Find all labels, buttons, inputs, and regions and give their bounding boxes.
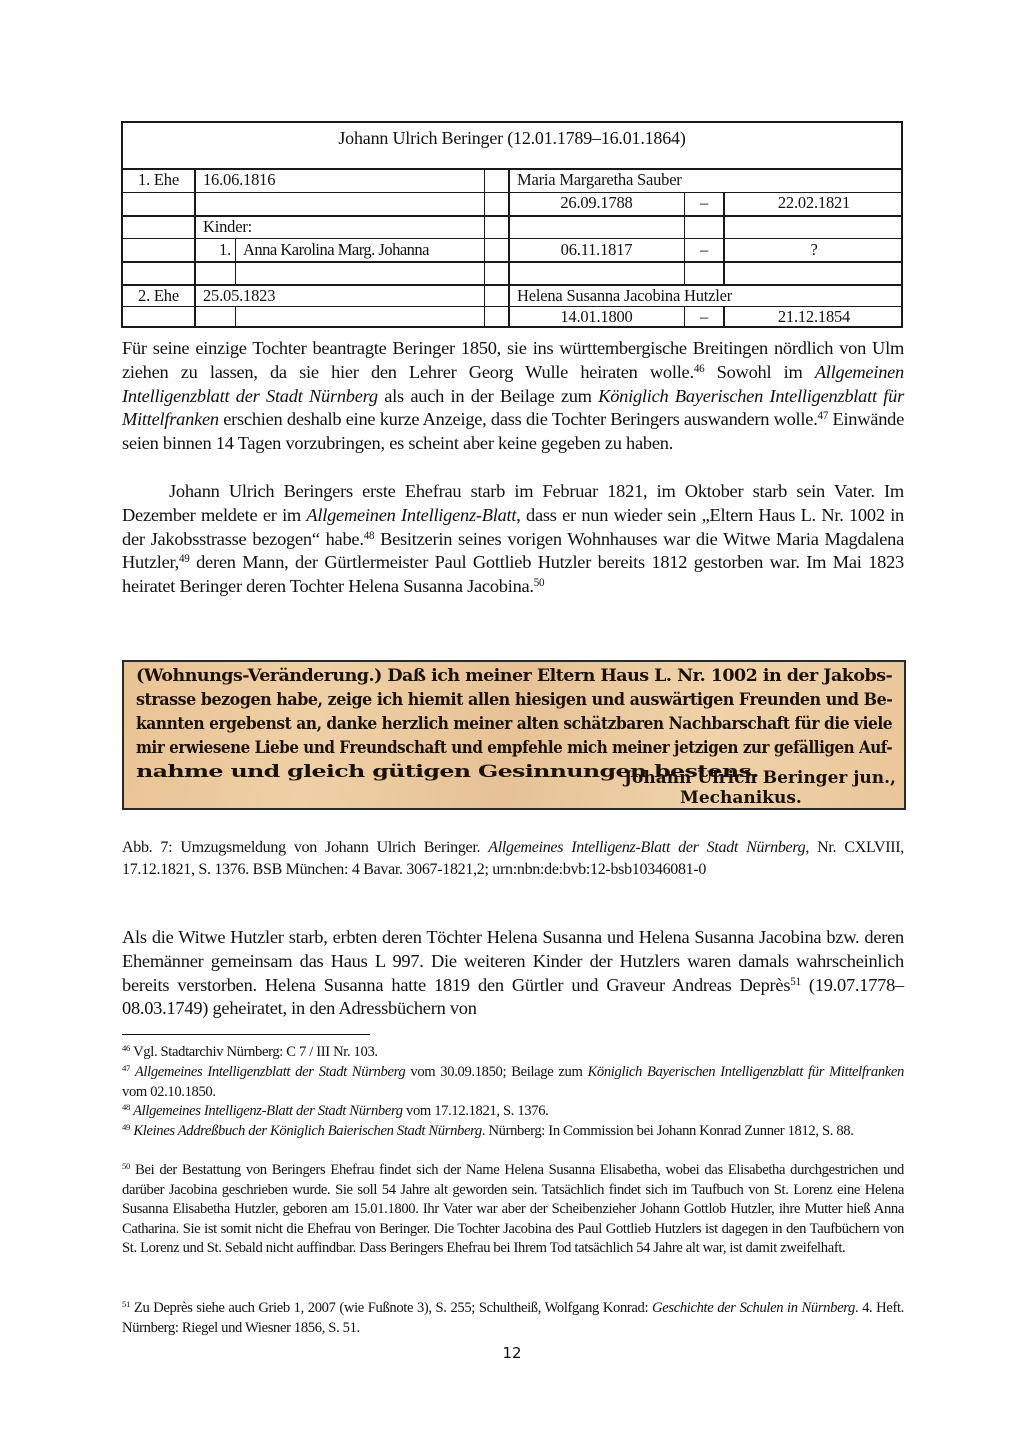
footnote-ref-46[interactable]: 46	[694, 363, 705, 375]
clipping-line: mir erwiesene Liebe und Freundschaft und…	[136, 736, 892, 761]
clipping-line: (Wohnungs-Veränderung.) Daß ich meiner E…	[136, 664, 892, 689]
text: erschien deshalb eine kurze Anzeige, das…	[219, 409, 818, 429]
footnote-ref-47[interactable]: 47	[818, 410, 829, 422]
work-title: Geschichte der Schulen in Nürnberg	[652, 1300, 855, 1316]
footnote-46: 46 Vgl. Stadtarchiv Nürnberg: C 7 / III …	[122, 1043, 904, 1063]
paragraph-3: Als die Witwe Hutzler starb, erbten dere…	[122, 926, 904, 1021]
footnote-ref-51[interactable]: 51	[790, 976, 801, 988]
marriage-date: 25.05.1823	[203, 285, 275, 307]
clipping-signature-title: Mechanikus.	[680, 786, 802, 810]
date-dash: –	[685, 192, 723, 214]
footnote-51: 51 Zu Deprès siehe auch Grieb 1, 2007 (w…	[122, 1299, 904, 1338]
child-number: 1.	[195, 239, 231, 261]
paragraph-1: Für seine einzige Tochter beantragte Ber…	[122, 337, 904, 456]
table-rule	[235, 261, 236, 284]
work-title: Allgemeines Intelligenz-Blatt der Stadt …	[130, 1103, 403, 1119]
table-rule	[123, 261, 901, 263]
table-rule	[235, 306, 236, 326]
footnote-ref-48[interactable]: 48	[364, 530, 375, 542]
footnote-48: 48 Allgemeines Intelligenz-Blatt der Sta…	[122, 1102, 904, 1122]
page-number: 12	[0, 1344, 1024, 1362]
marriage-date: 16.06.1816	[203, 169, 275, 191]
footnote-number: 50	[122, 1161, 130, 1171]
text: Abb. 7: Umzugsmeldung von Johann Ulrich …	[122, 839, 488, 856]
text: vom 02.10.1850.	[122, 1084, 216, 1100]
text: . Nürnberg: In Commission bei Johann Kon…	[482, 1123, 854, 1139]
work-title: Allgemeines Intelligenzblatt der Stadt N…	[130, 1064, 405, 1080]
spouse-death: 21.12.1854	[725, 306, 903, 328]
newspaper-clipping-image: (Wohnungs-Veränderung.) Daß ich meiner E…	[122, 660, 906, 810]
footnote-number: 48	[122, 1102, 130, 1112]
children-label: Kinder:	[203, 216, 252, 238]
footnote-ref-50[interactable]: 50	[534, 577, 545, 589]
marriage-label: 2. Ehe	[123, 285, 194, 307]
work-title: Allgemeinen Intelligenz-Blatt	[306, 505, 516, 525]
footnote-49: 49 Kleines Addreßbuch der Königlich Baie…	[122, 1122, 904, 1142]
child-birth: 06.11.1817	[509, 239, 684, 261]
table-rule	[484, 168, 485, 326]
work-title: Kleines Addreßbuch der Königlich Baieris…	[130, 1123, 482, 1139]
footnote-number: 49	[122, 1122, 130, 1132]
text: deren Mann, der Gürtlermeister Paul Gott…	[122, 552, 904, 596]
footnote-separator	[122, 1034, 370, 1035]
text: Zu Deprès siehe auch Grieb 1, 2007 (wie …	[130, 1300, 652, 1316]
footnote-47: 47 Allgemeines Intelligenzblatt der Stad…	[122, 1063, 904, 1102]
date-dash: –	[685, 306, 723, 328]
spouse-birth: 26.09.1788	[509, 192, 684, 214]
clipping-line: strasse bezogen habe, zeige ich hiemit a…	[136, 688, 892, 713]
text: als auch in der Beilage zum	[378, 386, 598, 406]
text: vom 17.12.1821, S. 1376.	[403, 1103, 549, 1119]
text: Als die Witwe Hutzler starb, erbten dere…	[122, 927, 904, 995]
footnote-50: 50 Bei der Bestattung von Beringers Ehef…	[122, 1161, 904, 1259]
footnote-ref-49[interactable]: 49	[179, 553, 190, 565]
paragraph-2: Johann Ulrich Beringers erste Ehefrau st…	[122, 480, 904, 599]
date-dash: –	[685, 239, 723, 261]
text: vom 30.09.1850; Beilage zum	[405, 1064, 587, 1080]
child-name: Anna Karolina Marg. Johanna	[243, 239, 429, 261]
spouse-name: Maria Margaretha Sauber	[517, 169, 682, 191]
marriage-label: 1. Ehe	[123, 169, 194, 191]
child-death: ?	[725, 239, 903, 261]
spouse-name: Helena Susanna Jacobina Hutzler	[517, 285, 732, 307]
work-title: Allgemeines Intelligenz-Blatt der Stadt …	[488, 839, 805, 856]
family-table: Johann Ulrich Beringer (12.01.1789–16.01…	[121, 121, 903, 328]
text: Vgl. Stadtarchiv Nürnberg: C 7 / III Nr.…	[130, 1044, 378, 1060]
work-title: Königlich Bayerischen Intelligenzblatt f…	[588, 1064, 905, 1080]
clipping-line: kannten ergebenst an, danke herzlich mei…	[136, 712, 892, 737]
footnote-number: 47	[122, 1063, 130, 1073]
text: Bei der Bestattung von Beringers Ehefrau…	[122, 1162, 904, 1256]
table-title: Johann Ulrich Beringer (12.01.1789–16.01…	[123, 126, 901, 150]
footnote-number: 46	[122, 1043, 130, 1053]
text: Sowohl im	[704, 362, 814, 382]
figure-caption: Abb. 7: Umzugsmeldung von Johann Ulrich …	[122, 837, 904, 880]
footnote-number: 51	[122, 1299, 130, 1309]
table-rule	[235, 238, 236, 261]
spouse-death: 22.02.1821	[725, 192, 903, 214]
spouse-birth: 14.01.1800	[509, 306, 684, 328]
